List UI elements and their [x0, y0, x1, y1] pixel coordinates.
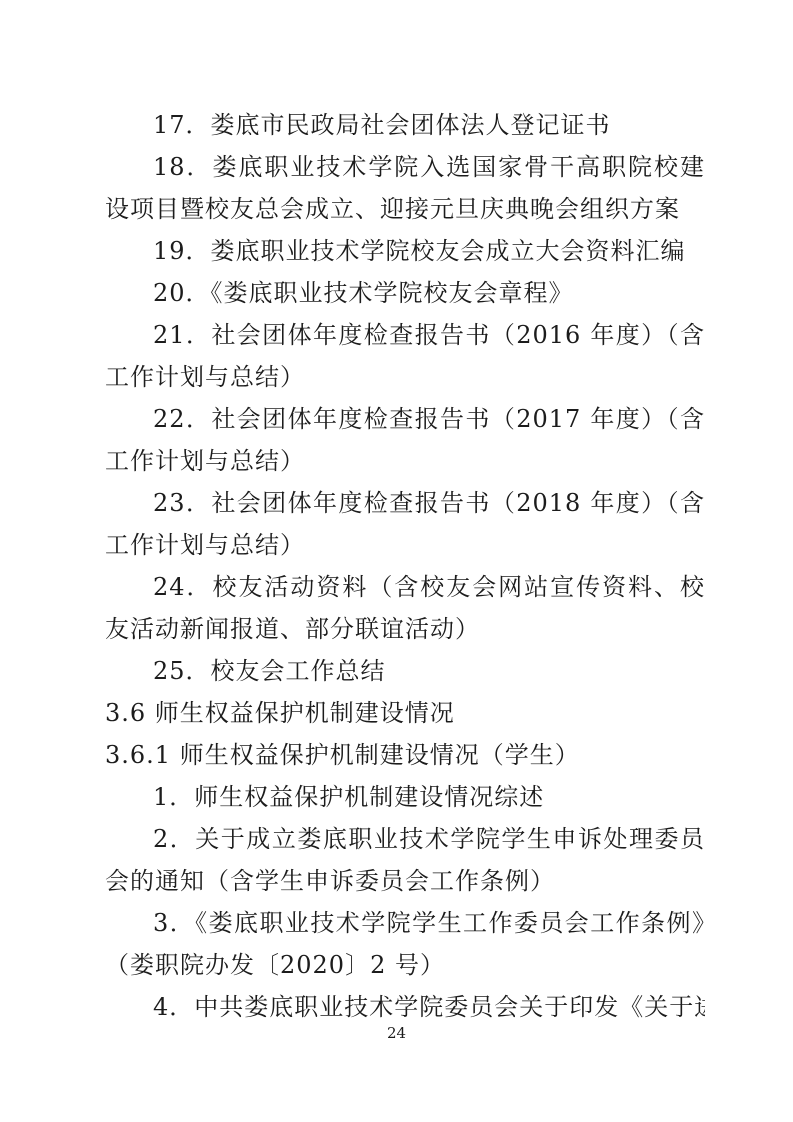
list-item: 2．关于成立娄底职业技术学院学生申诉处理委员会的通知（含学生申诉委员会工作条例）: [105, 818, 705, 902]
list-item: 23．社会团体年度检查报告书（2018 年度）（含工作计划与总结）: [105, 482, 705, 566]
list-item: 17．娄底市民政局社会团体法人登记证书: [105, 104, 705, 146]
list-item: 22．社会团体年度检查报告书（2017 年度）（含工作计划与总结）: [105, 398, 705, 482]
list-item: 24．校友活动资料（含校友会网站宣传资料、校友活动新闻报道、部分联谊活动）: [105, 566, 705, 650]
section-heading: 3.6 师生权益保护机制建设情况: [105, 692, 705, 734]
list-item: 3．《娄底职业技术学院学生工作委员会工作条例》（娄职院办发〔2020〕2 号）: [105, 902, 705, 986]
document-body: 17．娄底市民政局社会团体法人登记证书18．娄底职业技术学院入选国家骨干高职院校…: [105, 104, 705, 1028]
document-page: 17．娄底市民政局社会团体法人登记证书18．娄底职业技术学院入选国家骨干高职院校…: [0, 0, 793, 1122]
section-heading: 3.6.1 师生权益保护机制建设情况（学生）: [105, 734, 705, 776]
list-item: 21．社会团体年度检查报告书（2016 年度）（含工作计划与总结）: [105, 314, 705, 398]
list-item: 1．师生权益保护机制建设情况综述: [105, 776, 705, 818]
page-number: 24: [0, 1024, 793, 1042]
list-item: 20．《娄底职业技术学院校友会章程》: [105, 272, 705, 314]
list-item: 18．娄底职业技术学院入选国家骨干高职院校建设项目暨校友总会成立、迎接元旦庆典晚…: [105, 146, 705, 230]
list-item: 25．校友会工作总结: [105, 650, 705, 692]
list-item: 4．中共娄底职业技术学院委员会关于印发《关于进一: [105, 986, 705, 1028]
list-item: 19．娄底职业技术学院校友会成立大会资料汇编: [105, 230, 705, 272]
